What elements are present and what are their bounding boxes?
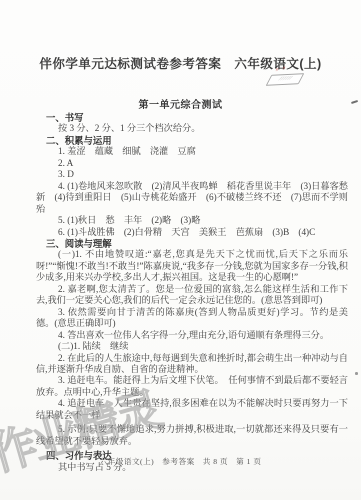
- publisher-stamp: 〃〃 //////: [267, 67, 303, 85]
- answer-line: 一、书写: [36, 112, 348, 123]
- answer-line: 4. 追赶电车 人生贵在坚持,很多困难在以为不能解决时只要再努力一下结果就会不一…: [36, 398, 348, 421]
- answer-line: 三、阅读与理解: [36, 238, 348, 249]
- stamp-book-icon: //////: [266, 73, 305, 86]
- answer-line: 5. (1)秋日 愁 丰年 (2)略 (3)略: [36, 215, 348, 226]
- answer-line: 四、习作与表达: [36, 450, 348, 461]
- page-title: 伴你学单元达标测试卷参考答案 六年级语文(上): [0, 54, 361, 72]
- answer-line: 其中书写占 5 分。: [36, 462, 348, 473]
- answer-line: 4. (1)卷地风来忽吹散 (2)清风半夜鸣蝉 稻花香里说丰年 (3)日暮客愁新…: [36, 181, 348, 215]
- answer-line: 4. 答出喜欢一位伟人名字得一分,理由充分,语句通顺有条理得三分。: [36, 330, 348, 341]
- section-title: 第一单元综合测试: [0, 96, 361, 111]
- stamp-red-mark: 〃〃: [273, 63, 289, 75]
- answer-line: 5. 示例:只要不懈地追求,努力拼搏,积极进取,一切就都还来得及只要有一线希望就…: [36, 424, 348, 447]
- answer-line: 6. (1)斗战胜佛 (2)白骨精 天宫 美猴王 芭蕉扇 (3)B (4)C: [36, 227, 348, 238]
- answer-line: 3. 追赶电车。能赶得上为后文埋下伏笔。 任何事情不到最后都不要轻言放弃。点明中…: [36, 375, 348, 398]
- answer-body: 一、书写按 3 分、2 分、1 分三个档次给分。二、积累与运用1. 羞涩 蕴藏 …: [36, 112, 348, 473]
- scan-artifact-dot: [355, 372, 358, 375]
- answer-line: 2. 在此后的人生旅途中,每每遇到失意和挫折时,都会萌生出一种冲动与自信,并逐渐…: [36, 353, 348, 376]
- answer-line: 二、积累与运用: [36, 135, 348, 146]
- answer-line: (二)1. 陆续 继续: [36, 341, 348, 352]
- answer-line: (一)1. 不由地赞叹道:“嘉老,您真是先天下之忧而忧,后天下之乐而乐呀!”“惭…: [36, 249, 348, 283]
- answer-line: 按 3 分、2 分、1 分三个档次给分。: [36, 123, 348, 134]
- answer-line: 2. 嘉老啊,您太清苦了。您是一位爱国的富翁,怎么能这样生活和工作下去,我们一定…: [36, 284, 348, 307]
- answer-line: 3. 依然需要向甘于清苦的陈嘉庚(答到人物品质更好)学习。节约是美德。(意思正确…: [36, 307, 348, 330]
- scanned-answer-page: 伴你学单元达标测试卷参考答案 六年级语文(上) 〃〃 ////// 第一单元综合…: [0, 0, 361, 500]
- answer-line: 1. 羞涩 蕴藏 细腻 浇灌 豆腐: [36, 146, 348, 157]
- answer-line: 3. D: [36, 169, 348, 180]
- answer-line: 2. A: [36, 158, 348, 169]
